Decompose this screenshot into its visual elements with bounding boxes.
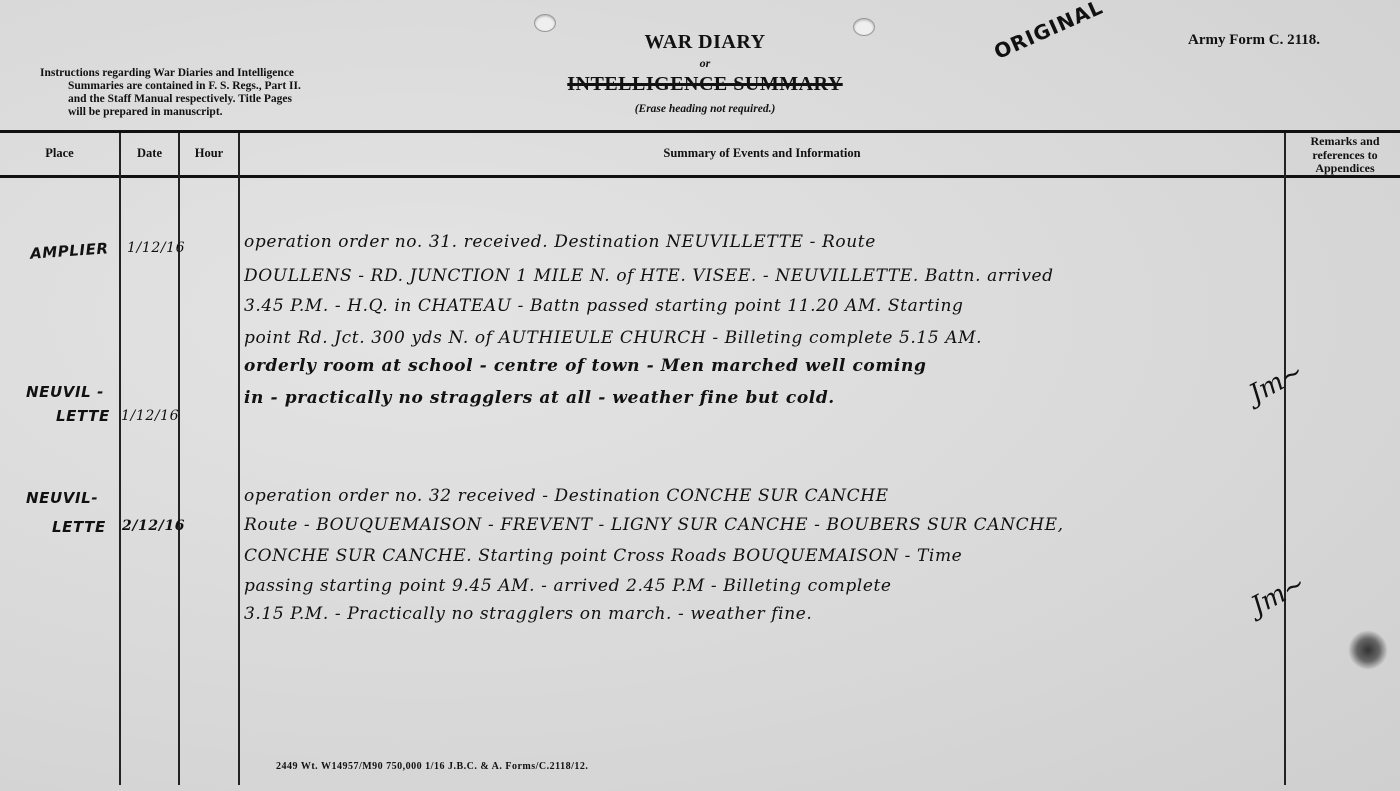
punch-hole-left: [534, 14, 556, 32]
entry-1-date: 1/12/16: [127, 240, 185, 256]
entry-1-line-4: point Rd. Jct. 300 yds N. of AUTHIEULE C…: [244, 328, 982, 348]
instructions-line-4: will be prepared in manuscript.: [40, 106, 370, 119]
entry-1-place: AMPLIER: [29, 239, 109, 262]
entry-1-line-5: orderly room at school - centre of town …: [244, 356, 926, 376]
instructions-line-2: Summaries are contained in F. S. Regs., …: [40, 80, 370, 93]
entry-1-line-6: in - practically no stragglers at all - …: [244, 388, 835, 408]
column-header-date: Date: [121, 146, 178, 161]
column-divider-hour: [238, 133, 240, 785]
form-instructions: Instructions regarding War Diaries and I…: [40, 67, 370, 119]
entry-1-line-3: 3.45 P.M. - H.Q. in CHATEAU - Battn pass…: [244, 296, 964, 316]
column-header-place: Place: [0, 146, 119, 161]
remarks-line-3: Appendices: [1290, 162, 1400, 176]
column-header-summary: Summary of Events and Information: [240, 146, 1284, 161]
erase-note: (Erase heading not required.): [560, 103, 850, 115]
entry-3-line-3: CONCHE SUR CANCHE. Starting point Cross …: [244, 546, 962, 566]
remarks-line-1: Remarks and: [1290, 135, 1400, 149]
entry-3-place-line-2: LETTE: [52, 518, 106, 536]
entry-3-line-5: 3.15 P.M. - Practically no stragglers on…: [244, 604, 812, 624]
entry-3-date: 2/12/16: [122, 518, 185, 534]
original-stamp: ORIGINAL: [990, 0, 1106, 64]
ink-smudge: [1348, 630, 1388, 670]
instructions-line-1: Instructions regarding War Diaries and I…: [40, 67, 294, 79]
entry-3-place-line-1: NEUVIL-: [26, 489, 98, 507]
signature-initials-2: Jm~: [1246, 568, 1310, 621]
column-header-remarks: Remarks and references to Appendices: [1290, 135, 1400, 176]
entry-1-line-2: DOULLENS - RD. JUNCTION 1 MILE N. of HTE…: [244, 266, 1054, 286]
punch-hole-right: [853, 18, 875, 36]
entry-2-place-line-2: LETTE: [56, 407, 110, 425]
entry-3-line-2: Route - BOUQUEMAISON - FREVENT - LIGNY S…: [244, 515, 1064, 535]
header-bottom-rule: [0, 175, 1400, 178]
form-number: Army Form C. 2118.: [1188, 32, 1320, 49]
header-top-rule: [0, 130, 1400, 133]
column-header-hour: Hour: [180, 146, 238, 161]
column-divider-date: [178, 133, 180, 785]
title-or: or: [690, 56, 720, 71]
column-divider-summary: [1284, 133, 1286, 785]
signature-initials-1: Jm~: [1244, 356, 1308, 409]
entry-2-place-line-1: NEUVIL -: [26, 383, 104, 401]
remarks-line-2: references to: [1290, 149, 1400, 163]
page-title: WAR DIARY: [560, 31, 850, 54]
entry-3-line-1: operation order no. 32 received - Destin…: [244, 486, 889, 506]
struck-title: INTELLIGENCE SUMMARY: [525, 73, 885, 96]
entry-1-line-1: operation order no. 31. received. Destin…: [244, 232, 876, 252]
entry-2-date: 1/12/16: [121, 408, 179, 424]
instructions-line-3: and the Staff Manual respectively. Title…: [40, 93, 370, 106]
column-divider-place: [119, 133, 121, 785]
entry-3-line-4: passing starting point 9.45 AM. - arrive…: [244, 576, 892, 596]
printer-imprint: 2449 Wt. W14957/M90 750,000 1/16 J.B.C. …: [276, 761, 588, 772]
